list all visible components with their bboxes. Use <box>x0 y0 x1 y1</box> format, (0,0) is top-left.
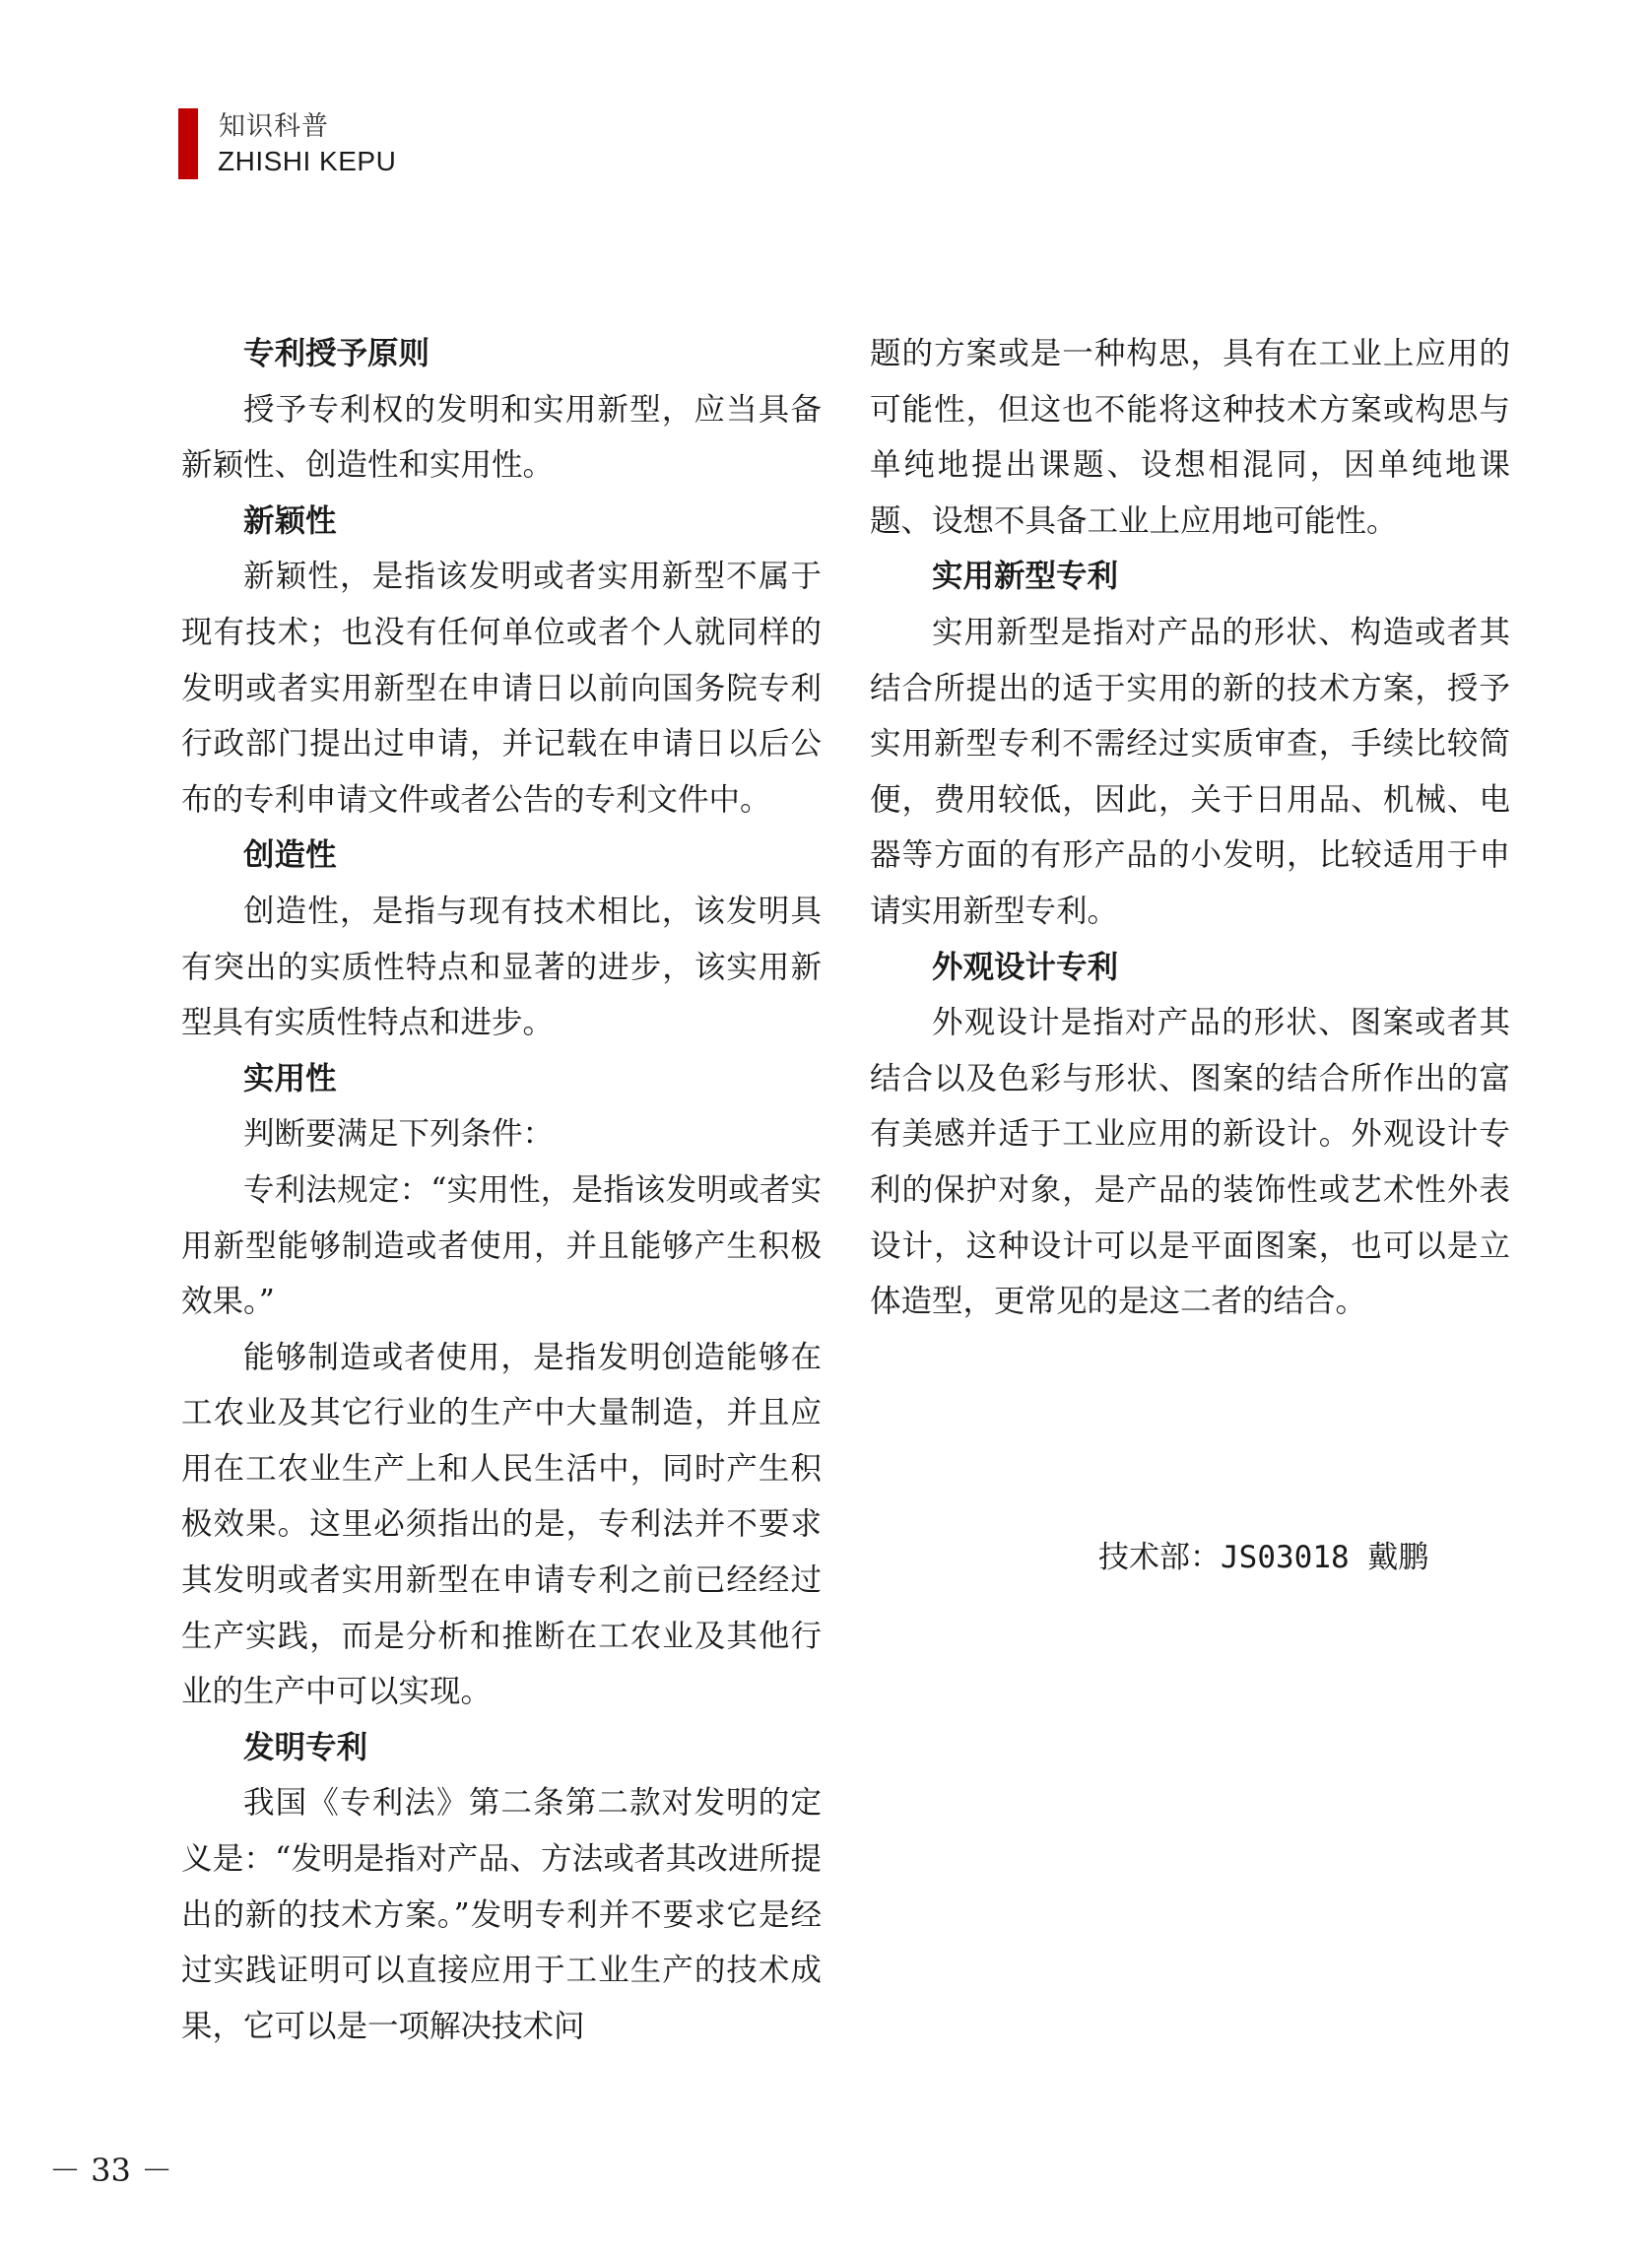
heading-design-patent: 外观设计专利 <box>870 940 1510 996</box>
paragraph: 能够制造或者使用，是指发明创造能够在工农业及其它行业的生产中大量制造，并且应用在… <box>181 1330 822 1720</box>
heading-utility-model-patent: 实用新型专利 <box>870 549 1510 605</box>
section-accent-bar <box>178 108 198 179</box>
heading-creativity: 创造性 <box>181 828 822 884</box>
heading-practicality: 实用性 <box>181 1051 822 1107</box>
paragraph: 实用新型是指对产品的形状、构造或者其结合所提出的适于实用的新的技术方案，授予实用… <box>870 605 1510 940</box>
paragraph: 新颖性，是指该发明或者实用新型不属于现有技术；也没有任何单位或者个人就同样的发明… <box>181 549 822 828</box>
right-column: 题的方案或是一种构思，具有在工业上应用的可能性，但这也不能将这种技术方案或构思与… <box>870 326 1510 1330</box>
author-byline: 技术部：JS03018 戴鹏 <box>1098 1532 1428 1576</box>
paragraph: 外观设计是指对产品的形状、图案或者其结合以及色彩与形状、图案的结合所作出的富有美… <box>870 995 1510 1330</box>
paragraph: 专利法规定：“实用性，是指该发明或者实用新型能够制造或者使用，并且能够产生积极效… <box>181 1162 822 1330</box>
section-title-en: ZHISHI KEPU <box>218 146 396 177</box>
heading-invention-patent: 发明专利 <box>181 1720 822 1776</box>
heading-grant-principles: 专利授予原则 <box>181 326 822 382</box>
heading-novelty: 新颖性 <box>181 494 822 550</box>
paragraph: 我国《专利法》第二条第二款对发明的定义是：“发明是指对产品、方法或者其改进所提出… <box>181 1775 822 2054</box>
paragraph: 判断要满足下列条件： <box>181 1106 822 1162</box>
paragraph: 创造性，是指与现有技术相比，该发明具有突出的实质性特点和显著的进步，该实用新型具… <box>181 884 822 1051</box>
section-title-cn: 知识科普 <box>219 104 329 143</box>
paragraph: 授予专利权的发明和实用新型，应当具备新颖性、创造性和实用性。 <box>181 382 822 494</box>
left-column: 专利授予原则 授予专利权的发明和实用新型，应当具备新颖性、创造性和实用性。 新颖… <box>181 326 822 2054</box>
paragraph: 题的方案或是一种构思，具有在工业上应用的可能性，但这也不能将这种技术方案或构思与… <box>870 326 1510 549</box>
page-number: － 33 － <box>49 2146 172 2191</box>
